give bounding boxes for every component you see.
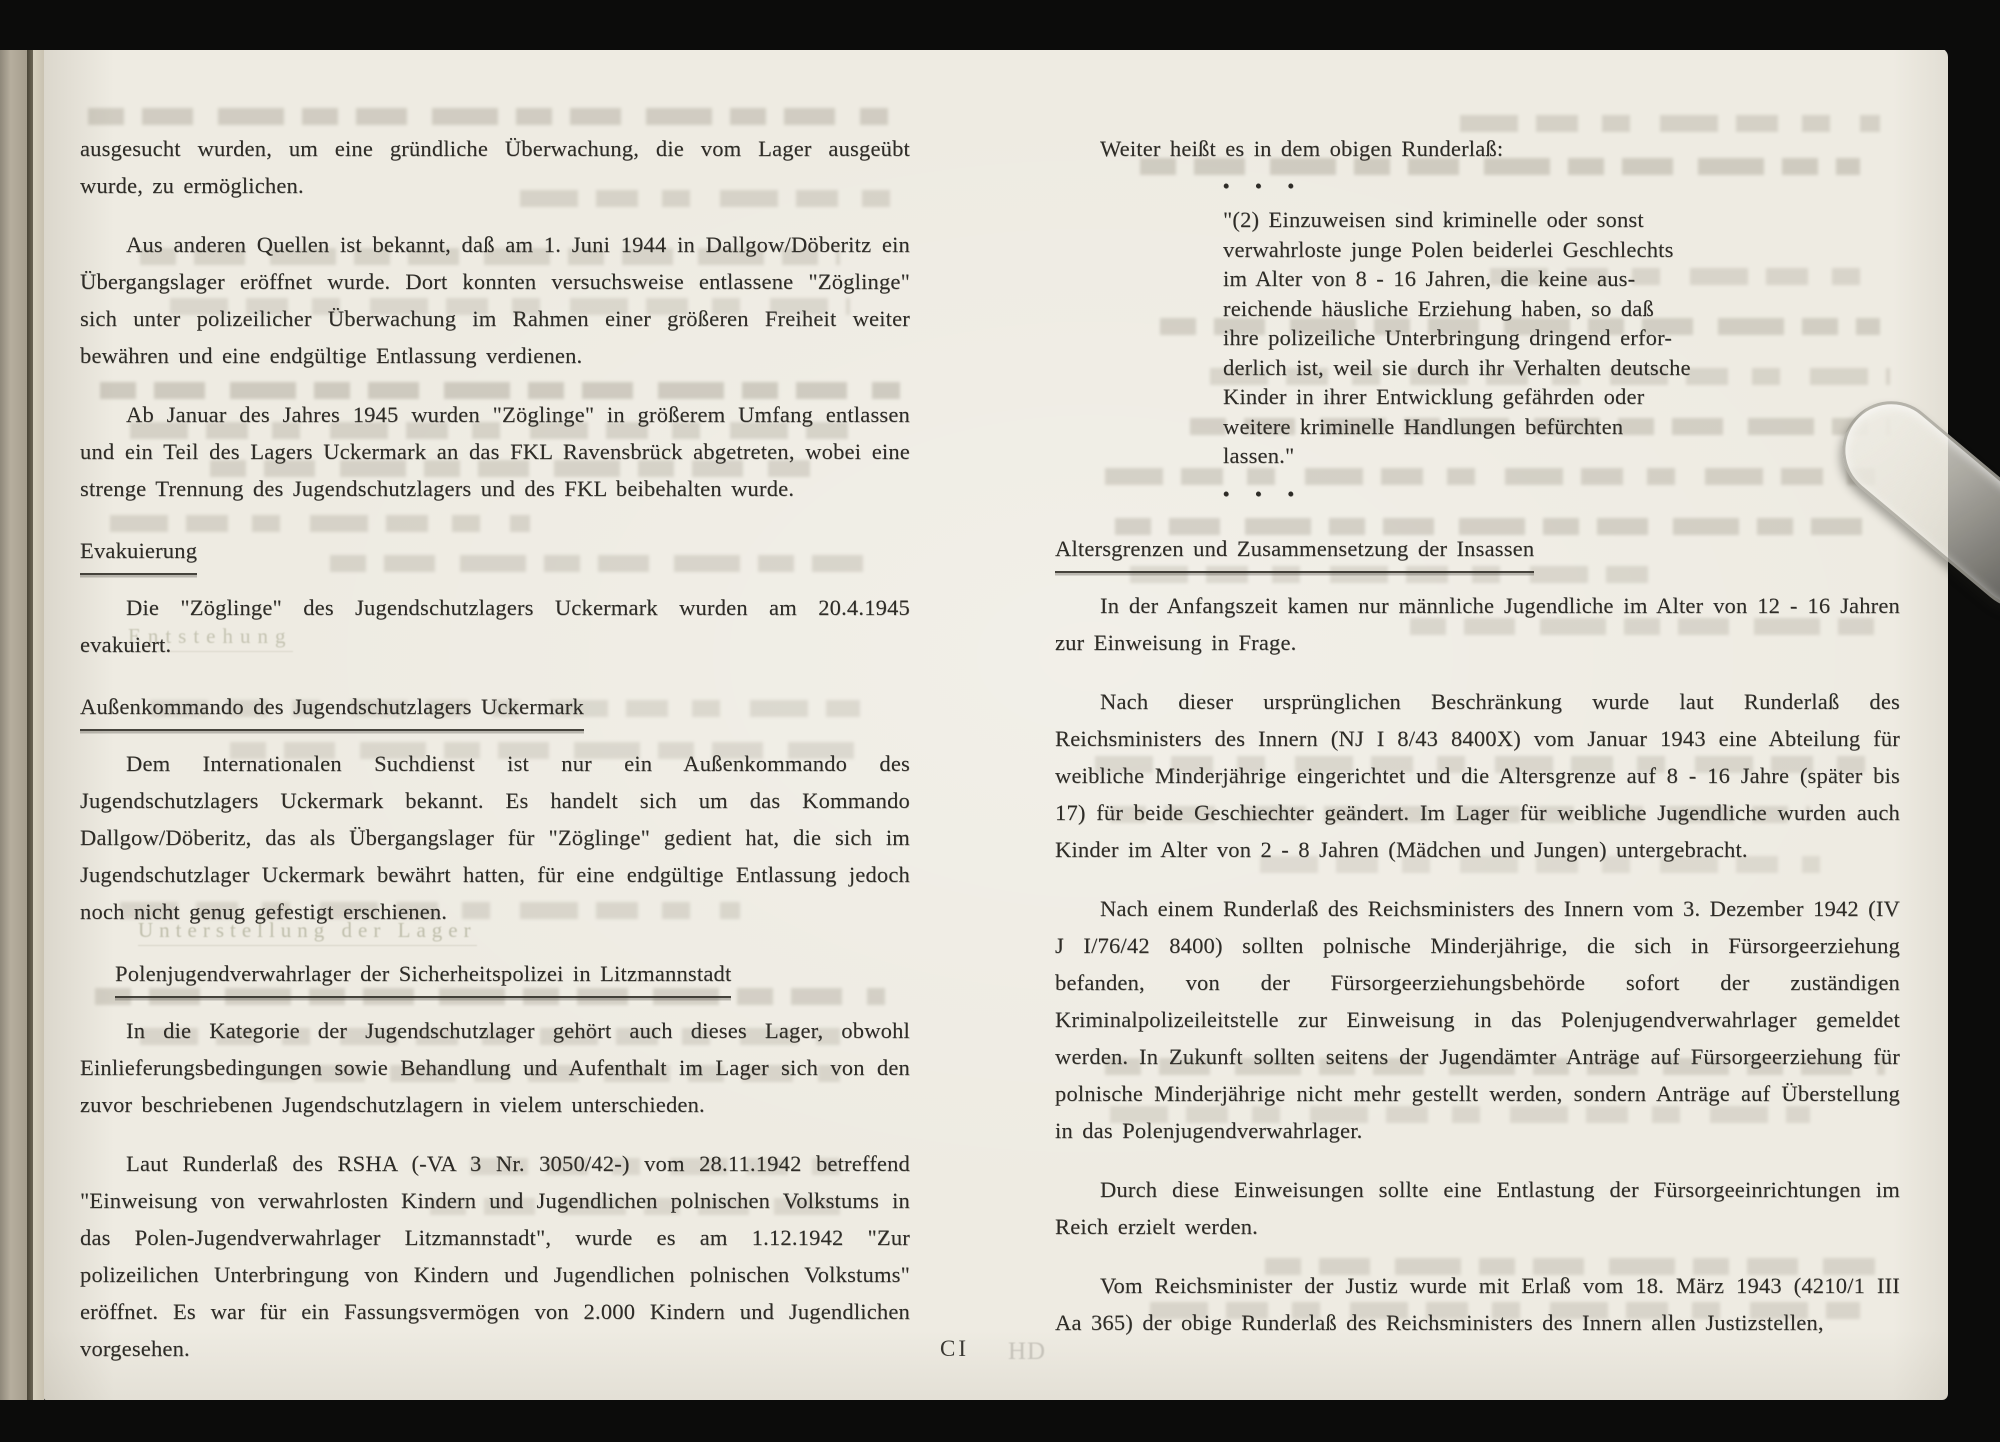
paragraph: Die "Zöglinge" des Jugendschutzlagers Uc… — [80, 589, 910, 663]
paragraph: Aus anderen Quellen ist bekannt, daß am … — [80, 226, 910, 374]
right-column: Weiter heißt es in dem obigen Runderlaß:… — [1055, 130, 1900, 1341]
scan-frame-right — [1948, 0, 2000, 1442]
paragraph: Weiter heißt es in dem obigen Runderlaß: — [1055, 130, 1900, 167]
paragraph: Ab Januar des Jahres 1945 wurden "Zöglin… — [80, 396, 910, 507]
paragraph: Laut Runderlaß des RSHA (-VA 3 Nr. 3050/… — [80, 1145, 910, 1367]
paragraph: In die Kategorie der Jugendschutzlager g… — [80, 1012, 910, 1123]
paragraph: Vom Reichsminister der Justiz wurde mit … — [1055, 1267, 1900, 1341]
paragraph: Durch diese Einweisungen sollte eine Ent… — [1055, 1171, 1900, 1245]
book-page-edges-inner — [33, 0, 44, 1442]
section-heading: Evakuierung — [80, 532, 197, 575]
ellipsis-separator: • • • — [1223, 483, 1900, 505]
block-quote: "(2) Einzuweisen sind kriminelle oder so… — [1223, 205, 1863, 471]
scan-frame-top — [0, 0, 2000, 50]
section-heading: Außenkommando des Jugendschutzlagers Uck… — [80, 688, 584, 731]
paragraph: Dem Internationalen Suchdienst ist nur e… — [80, 745, 910, 930]
paragraph: Nach einem Runderlaß des Reichsministers… — [1055, 890, 1900, 1149]
page-number: CI — [940, 1336, 969, 1362]
paragraph: ausgesucht wurden, um eine gründliche Üb… — [80, 130, 910, 204]
book-page-edges — [0, 0, 27, 1442]
ellipsis-separator: • • • — [1223, 175, 1900, 197]
left-column: ausgesucht wurden, um eine gründliche Üb… — [80, 130, 910, 1367]
paragraph: In der Anfangszeit kamen nur männliche J… — [1055, 587, 1900, 661]
section-heading: Polenjugendverwahrlager der Sicherheitsp… — [115, 955, 731, 998]
scan-frame-bottom — [0, 1400, 2000, 1442]
section-heading: Altersgrenzen und Zusammensetzung der In… — [1055, 530, 1534, 573]
paragraph: Nach dieser ursprünglichen Beschränkung … — [1055, 683, 1900, 868]
